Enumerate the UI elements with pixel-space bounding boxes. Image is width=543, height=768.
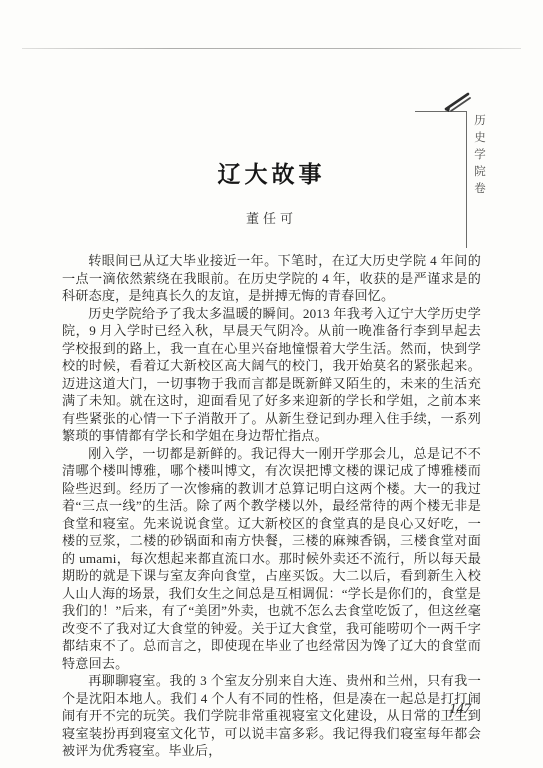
paragraph-4: 再聊聊寝室。我的 3 个室友分别来自大连、贵州和兰州，只有我一个是沈阳本地人。我…: [62, 672, 481, 760]
page-number: 147: [449, 701, 471, 718]
top-rule: [22, 48, 521, 49]
paragraph-3: 刚入学，一切都是新鲜的。我记得大一刚开学那会儿，总是记不不清哪个楼叫博雅，哪个楼…: [62, 445, 481, 673]
article-title: 辽大故事: [62, 156, 481, 189]
paragraph-1: 转眼间已从辽大毕业接近一年。下笔时，在辽大历史学院 4 年间的一点一滴依然萦绕在…: [62, 252, 481, 305]
pen-icon: [443, 89, 473, 113]
paragraph-2: 历史学院给予了我太多温暖的瞬间。2013 年我考入辽宁大学历史学院，9 月入学时…: [62, 305, 481, 445]
article-author: 董任可: [62, 208, 481, 227]
book-page: 历史学院卷 辽大故事 董任可 转眼间已从辽大毕业接近一年。下笔时，在辽大历史学院…: [0, 0, 543, 768]
article-body: 转眼间已从辽大毕业接近一年。下笔时，在辽大历史学院 4 年间的一点一滴依然萦绕在…: [62, 252, 481, 760]
